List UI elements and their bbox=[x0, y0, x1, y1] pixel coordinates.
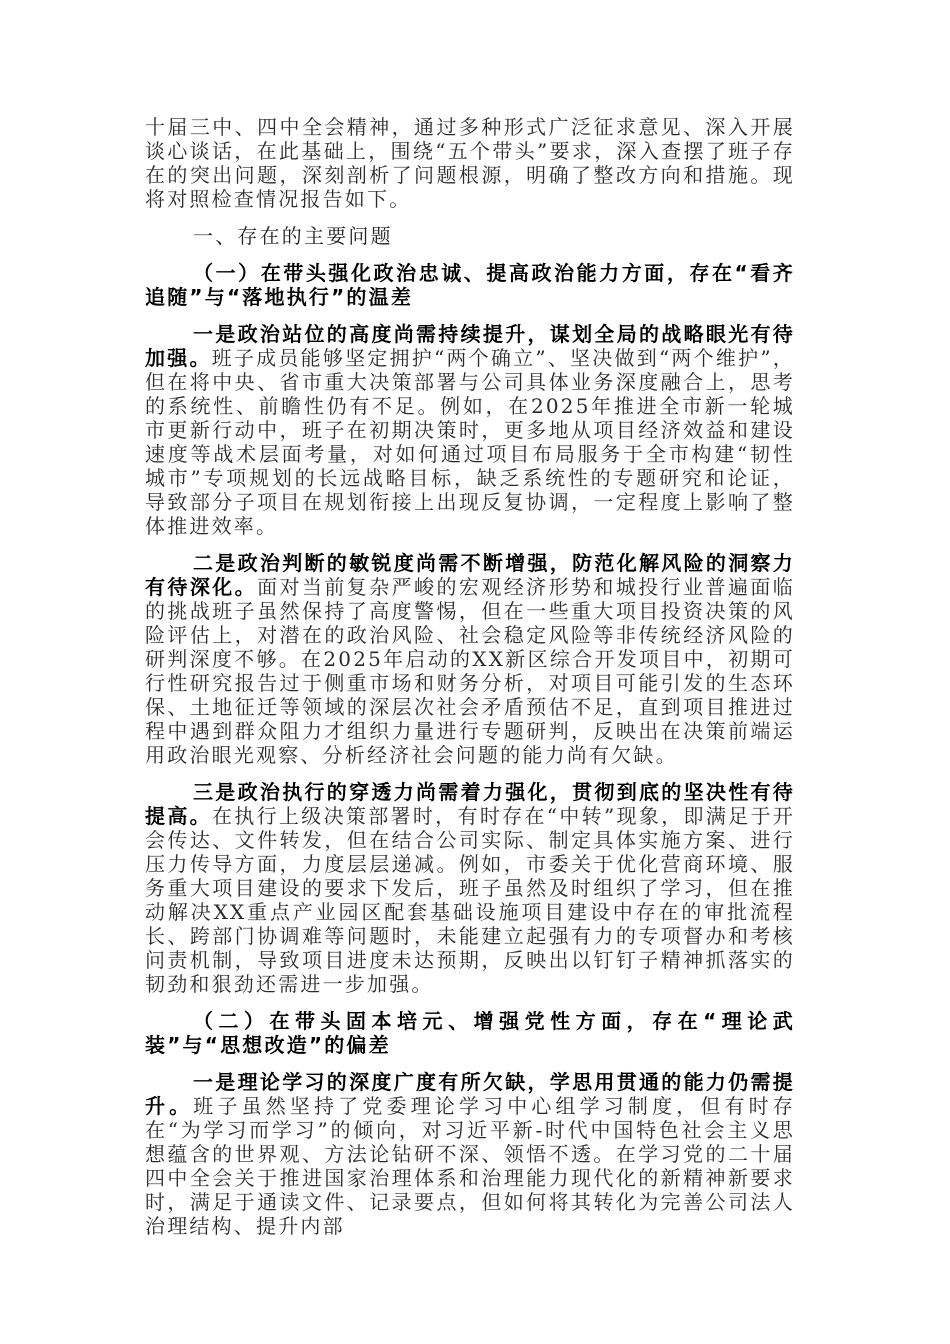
issue-paragraph-4: 一是理论学习的深度广度有所欠缺，学思用贯通的能力仍需提升。班子虽然坚持了党委理论… bbox=[145, 1070, 795, 1238]
issue-paragraph-1: 一是政治站位的高度尚需持续提升，谋划全局的战略眼光有待加强。班子成员能够坚定拥护… bbox=[145, 322, 795, 538]
issue-body: 班子成员能够坚定拥护“两个确立”、坚决做到“两个维护”，但在将中央、省市重大决策… bbox=[145, 346, 795, 538]
issue-body: 面对当前复杂严峻的宏观经济形势和城投行业普遍面临的挑战班子虽然保持了高度警惕，但… bbox=[145, 575, 795, 767]
issue-body: 班子虽然坚持了党委理论学习中心组学习制度，但有时存在“为学习而学习”的倾向，对习… bbox=[145, 1094, 795, 1238]
document-page: 十届三中、四中全会精神，通过多种形式广泛征求意见、深入开展谈心谈话，在此基础上，… bbox=[145, 115, 795, 1238]
subsection-heading-2: （二）在带头固本培元、增强党性方面，存在“理论武装”与“思想改造”的偏差 bbox=[145, 1009, 795, 1057]
issue-paragraph-3: 三是政治执行的穿透力尚需着力强化，贯彻到底的坚决性有待提高。在执行上级决策部署时… bbox=[145, 780, 795, 996]
intro-paragraph: 十届三中、四中全会精神，通过多种形式广泛征求意见、深入开展谈心谈话，在此基础上，… bbox=[145, 115, 795, 211]
issue-paragraph-2: 二是政治判断的敏锐度尚需不断增强，防范化解风险的洞察力有待深化。面对当前复杂严峻… bbox=[145, 551, 795, 767]
issue-body: 在执行上级决策部署时，有时存在“中转”现象，即满足于开会传达、文件转发，但在结合… bbox=[145, 804, 795, 996]
subsection-heading-1: （一）在带头强化政治忠诚、提高政治能力方面，存在“看齐追随”与“落地执行”的温差 bbox=[145, 261, 795, 309]
section-heading: 一、存在的主要问题 bbox=[145, 224, 795, 248]
